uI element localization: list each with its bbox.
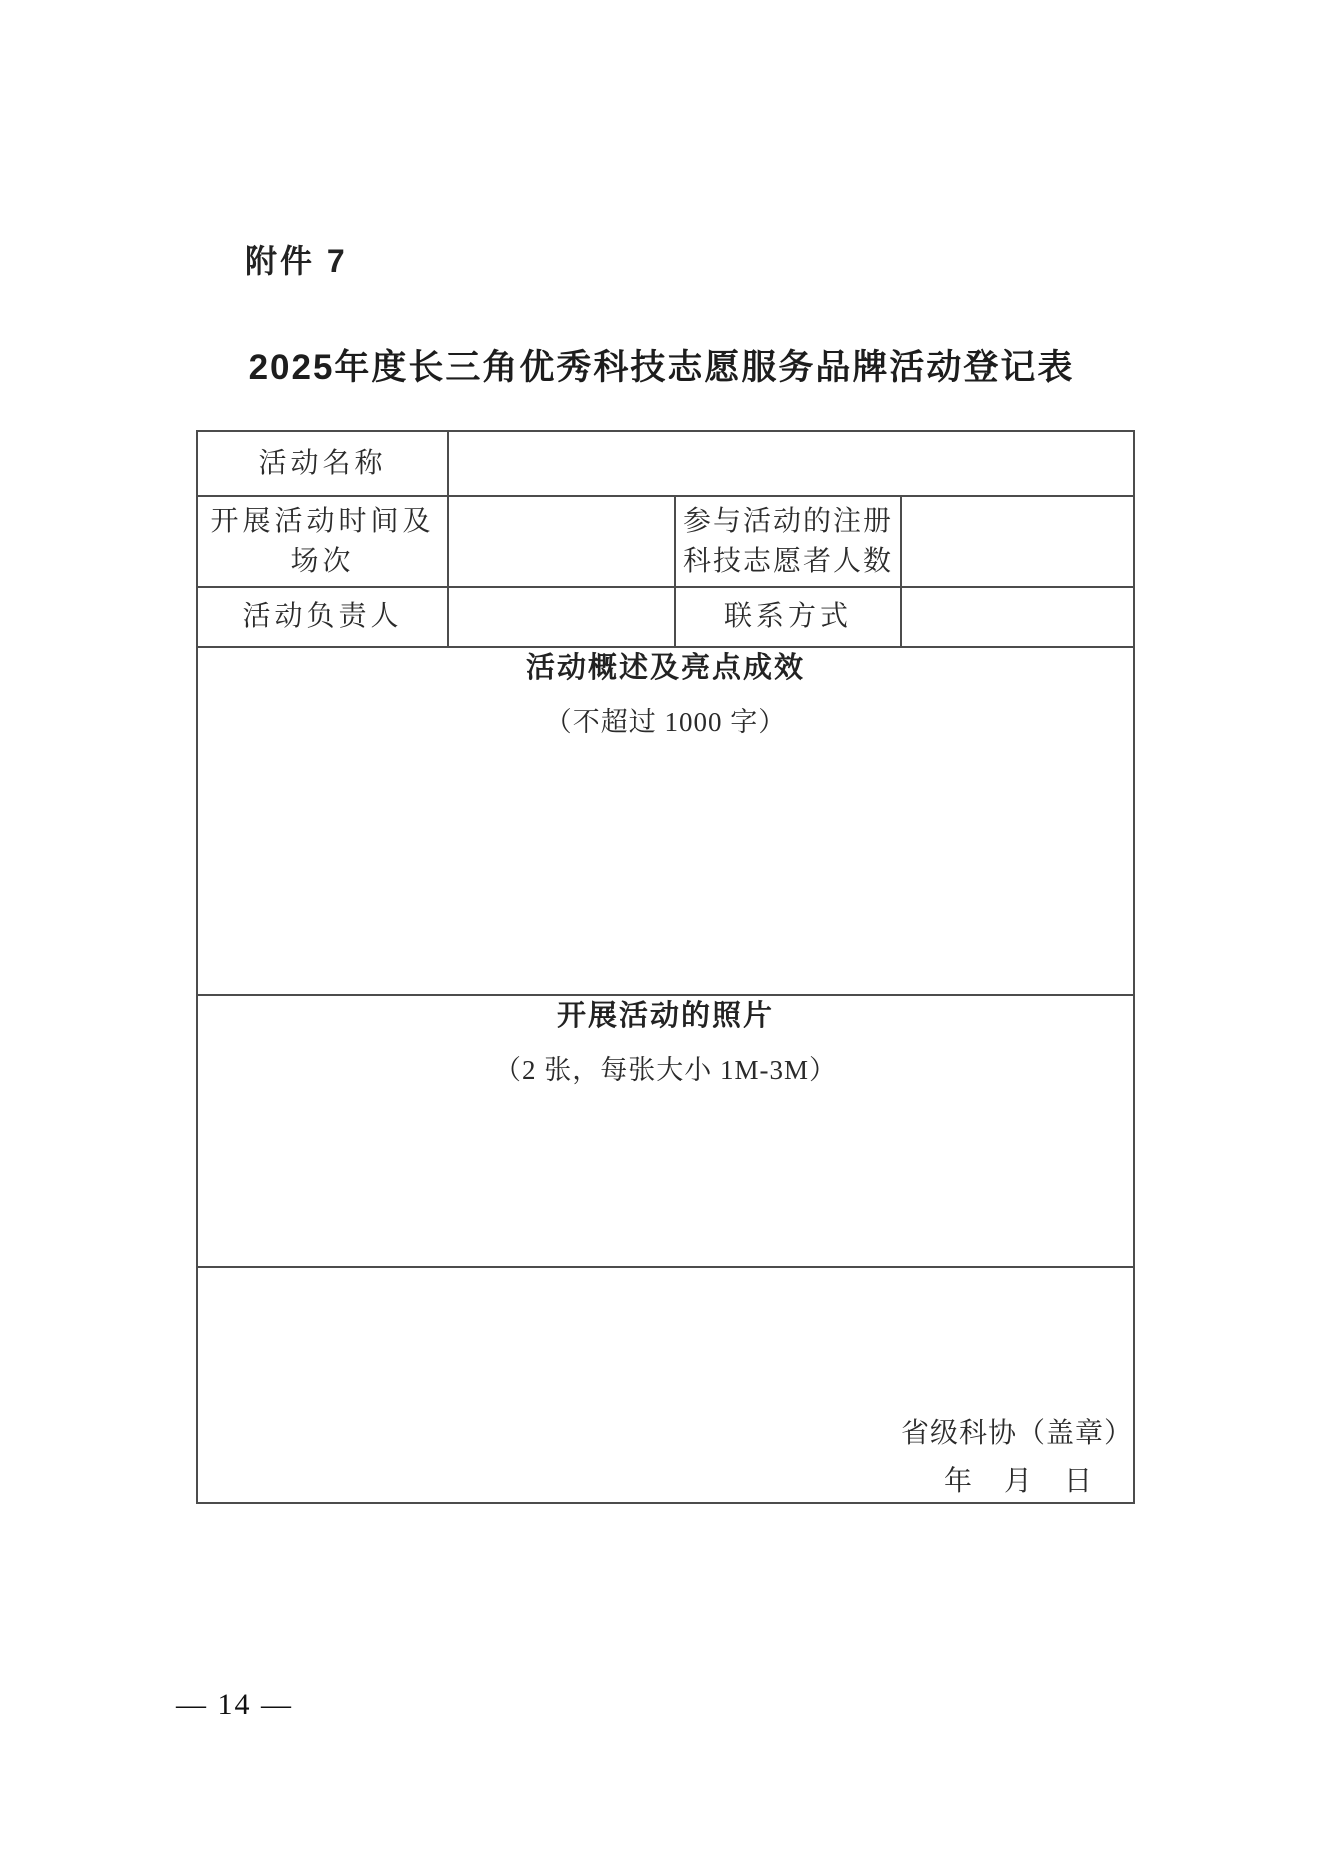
time-sessions-label-cell: 开展活动时间及 场次 (197, 496, 448, 587)
contact-value-cell (901, 587, 1134, 647)
activity-name-value-cell (448, 431, 1134, 496)
activity-name-label-cell: 活动名称 (197, 431, 448, 496)
volunteers-value-cell (901, 496, 1134, 587)
row-overview-section: 活动概述及亮点成效 （不超过 1000 字） (197, 647, 1134, 995)
time-sessions-value-cell (448, 496, 675, 587)
volunteers-label-cell: 参与活动的注册 科技志愿者人数 (675, 496, 901, 587)
signoff-date: 年 月 日 (198, 1462, 1133, 1502)
leader-label: 活动负责人 (242, 601, 402, 632)
photos-note: （2 张，每张大小 1M-3M） (198, 1050, 1133, 1090)
contact-label-cell: 联系方式 (675, 587, 901, 647)
leader-label-cell: 活动负责人 (197, 587, 448, 647)
time-sessions-label-line1: 开展活动时间及 (198, 502, 447, 542)
volunteers-label-line1: 参与活动的注册 (676, 502, 900, 542)
activity-name-label: 活动名称 (258, 448, 386, 479)
contact-label: 联系方式 (724, 601, 852, 632)
photos-section-cell: 开展活动的照片 （2 张，每张大小 1M-3M） (197, 995, 1134, 1267)
overview-note: （不超过 1000 字） (198, 702, 1133, 742)
row-activity-name: 活动名称 (197, 431, 1134, 496)
time-sessions-label-line2: 场次 (198, 542, 447, 582)
row-leader-and-contact: 活动负责人 联系方式 (197, 587, 1134, 647)
signoff-org: 省级科协（盖章） (198, 1414, 1133, 1454)
photos-title: 开展活动的照片 (198, 996, 1133, 1036)
overview-title: 活动概述及亮点成效 (198, 648, 1133, 688)
document-page: 附件 7 2025年度长三角优秀科技志愿服务品牌活动登记表 活动名称 开展活动时… (0, 0, 1323, 1871)
attachment-label: 附件 7 (245, 236, 348, 282)
document-title: 2025年度长三角优秀科技志愿服务品牌活动登记表 (0, 340, 1323, 390)
overview-section-cell: 活动概述及亮点成效 （不超过 1000 字） (197, 647, 1134, 995)
page-number: — 14 — (176, 1688, 293, 1722)
volunteers-label-line2: 科技志愿者人数 (676, 542, 900, 582)
leader-value-cell (448, 587, 675, 647)
row-photos-section: 开展活动的照片 （2 张，每张大小 1M-3M） (197, 995, 1134, 1267)
row-signoff-section: 省级科协（盖章） 年 月 日 (197, 1267, 1134, 1503)
row-time-and-volunteers: 开展活动时间及 场次 参与活动的注册 科技志愿者人数 (197, 496, 1134, 587)
registration-form-table: 活动名称 开展活动时间及 场次 参与活动的注册 科技志愿者人数 活动负责人 (196, 430, 1135, 1504)
signoff-cell: 省级科协（盖章） 年 月 日 (197, 1267, 1134, 1503)
